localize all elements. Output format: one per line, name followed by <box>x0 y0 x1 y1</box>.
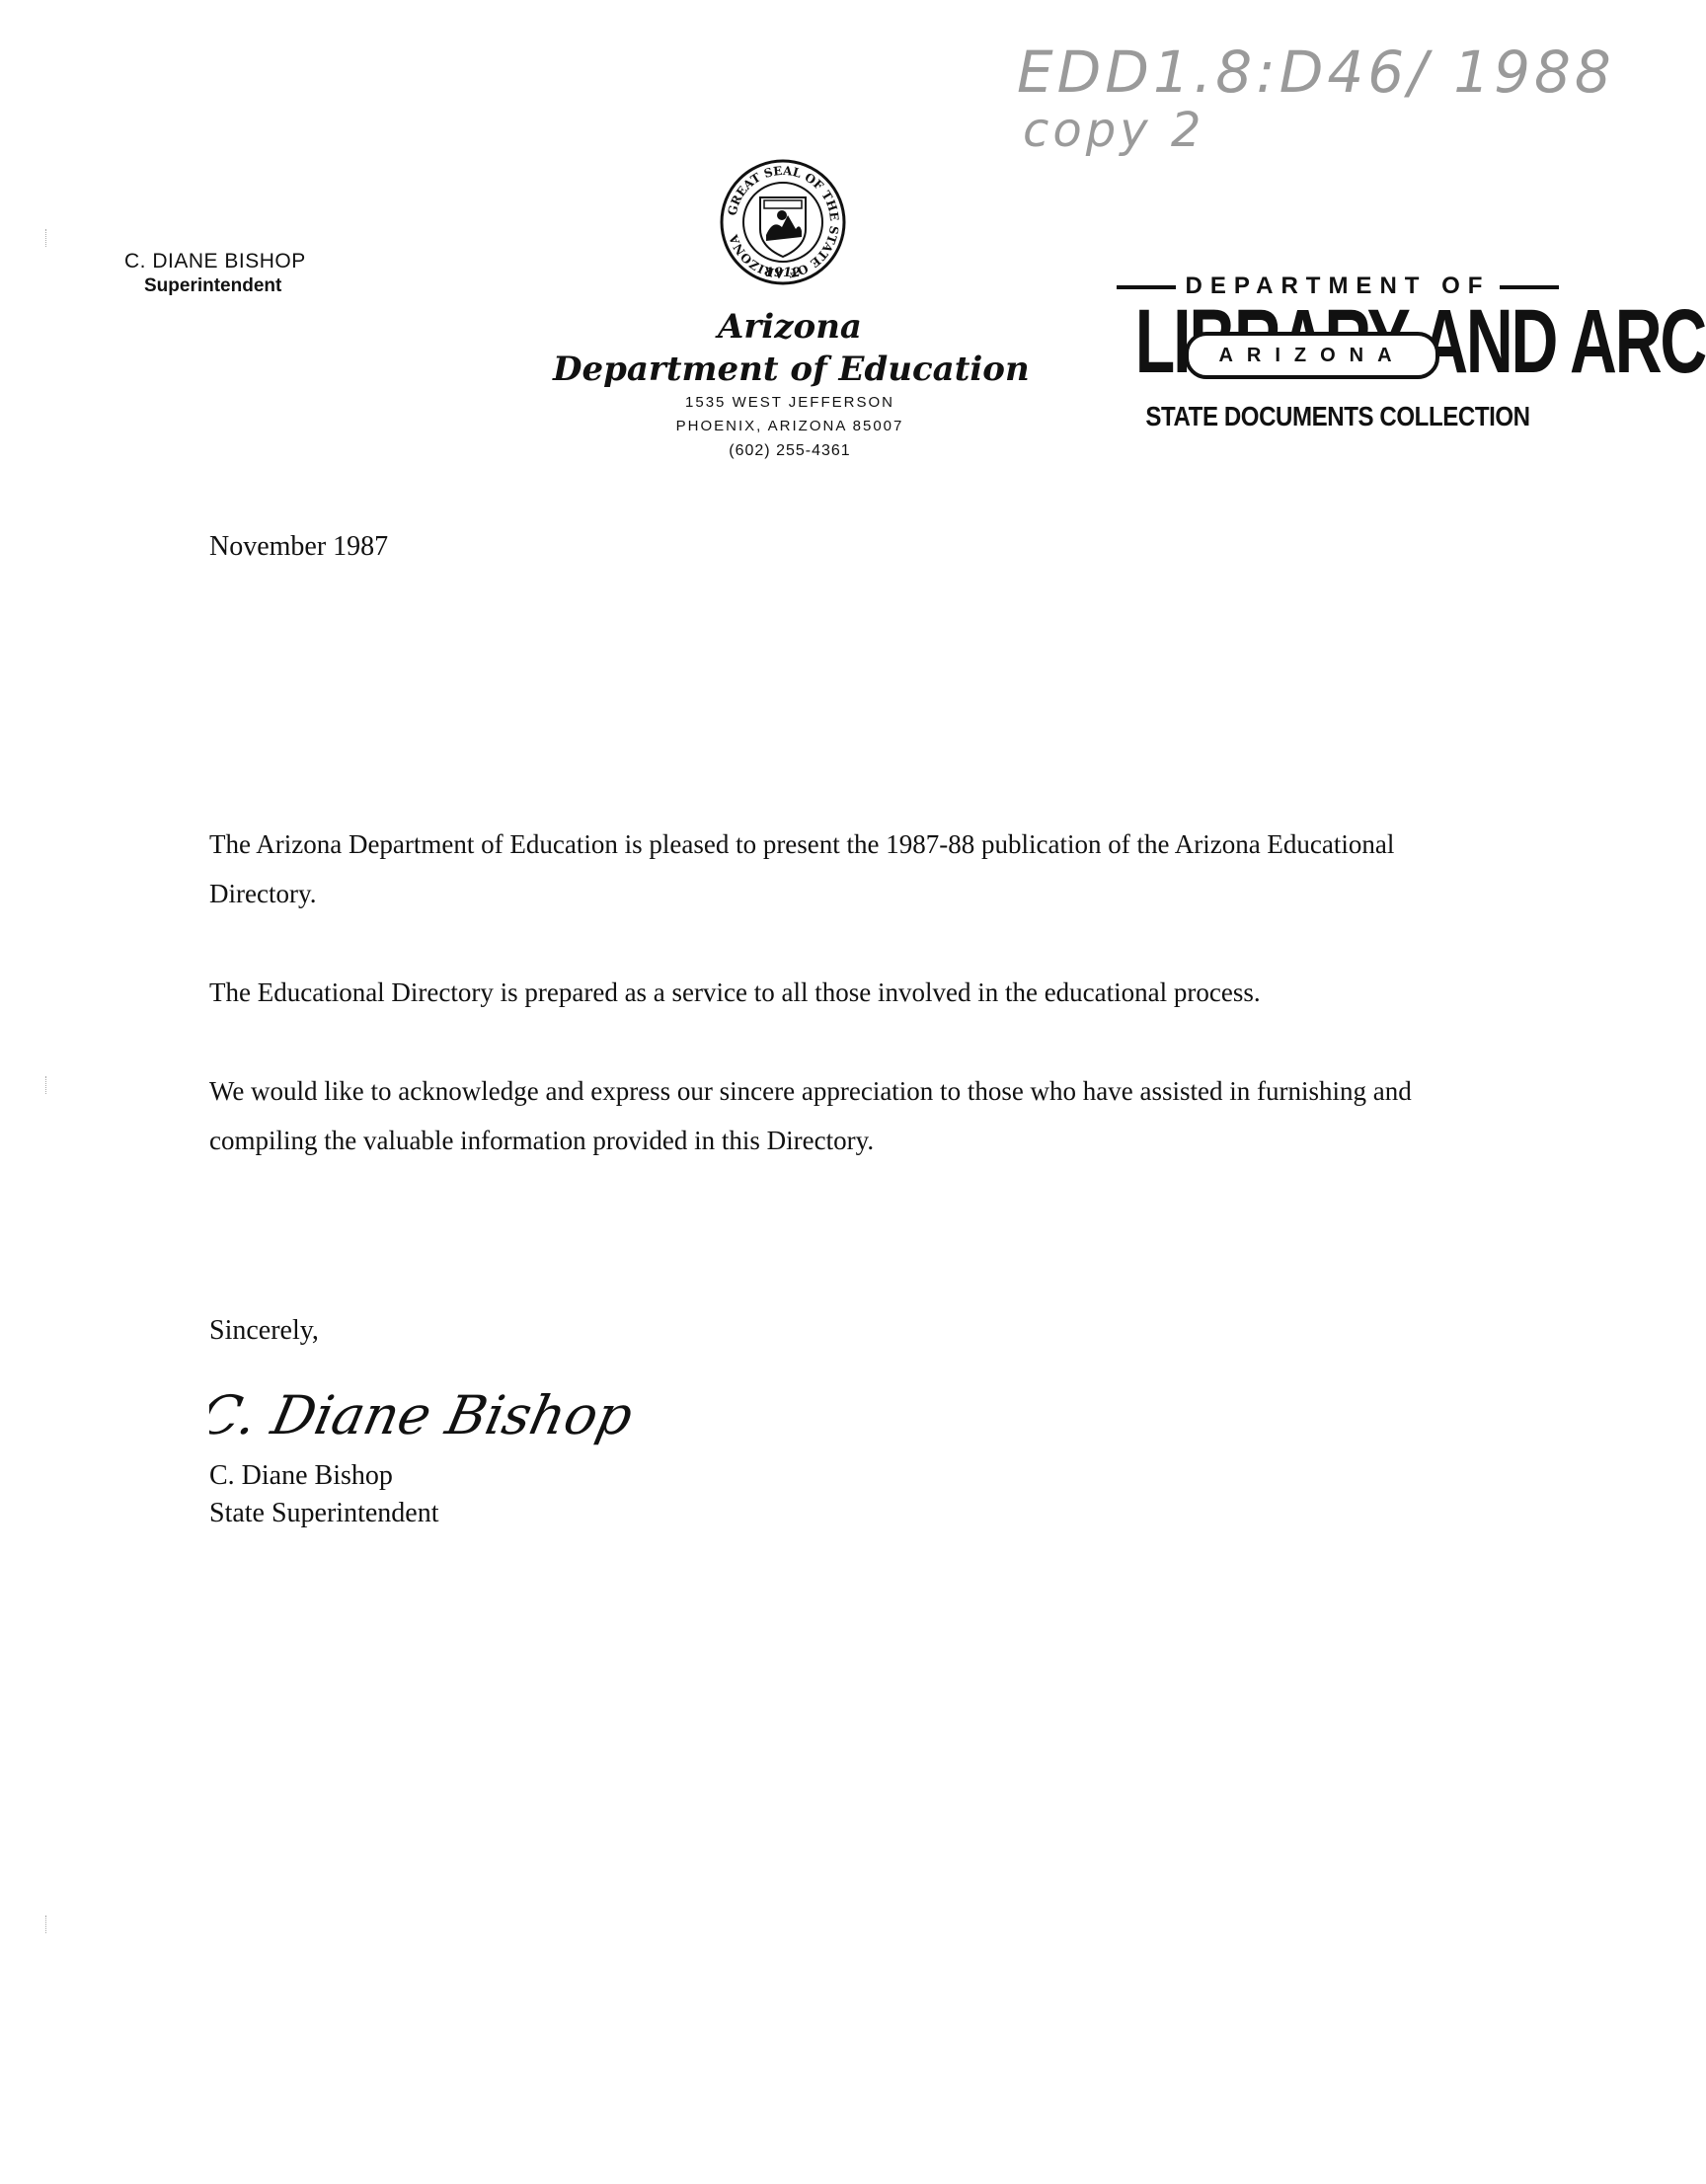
scan-speck <box>45 1076 49 1094</box>
letter-body: The Arizona Department of Education is p… <box>209 819 1572 1214</box>
letter-date: November 1987 <box>209 531 388 563</box>
stamp-oval: ARIZONA <box>1185 332 1439 379</box>
sender-title: Superintendent <box>124 274 306 298</box>
letterhead-department: Department of Education <box>553 348 1027 391</box>
great-seal-of-arizona-icon: GREAT SEAL OF THE STATE OF ARIZONA 1912 <box>719 158 847 286</box>
copy-note: copy 2 <box>1017 105 1615 156</box>
signature: C. Diane Bishop <box>209 1372 663 1461</box>
paragraph: The Educational Directory is prepared as… <box>209 968 1522 1017</box>
scan-speck <box>45 229 49 247</box>
sender-name: C. DIANE BISHOP <box>124 249 306 274</box>
svg-text:1912: 1912 <box>765 266 801 280</box>
library-archives-stamp: DEPARTMENT OF LIBRARY AND ARCHIVES ARIZO… <box>1056 273 1619 440</box>
svg-text:C. Diane Bishop: C. Diane Bishop <box>209 1384 638 1446</box>
paragraph: We would like to acknowledge and express… <box>209 1066 1424 1165</box>
catalog-number: EDD1.8:D46/ 1988 <box>1017 39 1615 105</box>
letterhead-address-line2: PHOENIX, ARIZONA 85007 <box>553 415 1027 438</box>
letterhead-address-line1: 1535 WEST JEFFERSON <box>553 391 1027 415</box>
catalog-note: EDD1.8:D46/ 1988 copy 2 <box>1017 39 1615 156</box>
signer-block: C. Diane Bishop State Superintendent <box>209 1457 439 1532</box>
letterhead: Arizona Department of Education 1535 WES… <box>553 306 1027 464</box>
letterhead-state: Arizona <box>553 306 1027 348</box>
signer-title: State Superintendent <box>209 1495 439 1532</box>
stamp-bottom: STATE DOCUMENTS COLLECTION <box>1096 401 1580 432</box>
paragraph: The Arizona Department of Education is p… <box>209 819 1424 918</box>
closing: Sincerely, <box>209 1311 319 1351</box>
scan-speck <box>45 1915 49 1933</box>
signer-name: C. Diane Bishop <box>209 1457 439 1495</box>
sender-block: C. DIANE BISHOP Superintendent <box>124 249 306 298</box>
letterhead-phone: (602) 255-4361 <box>553 438 1027 464</box>
